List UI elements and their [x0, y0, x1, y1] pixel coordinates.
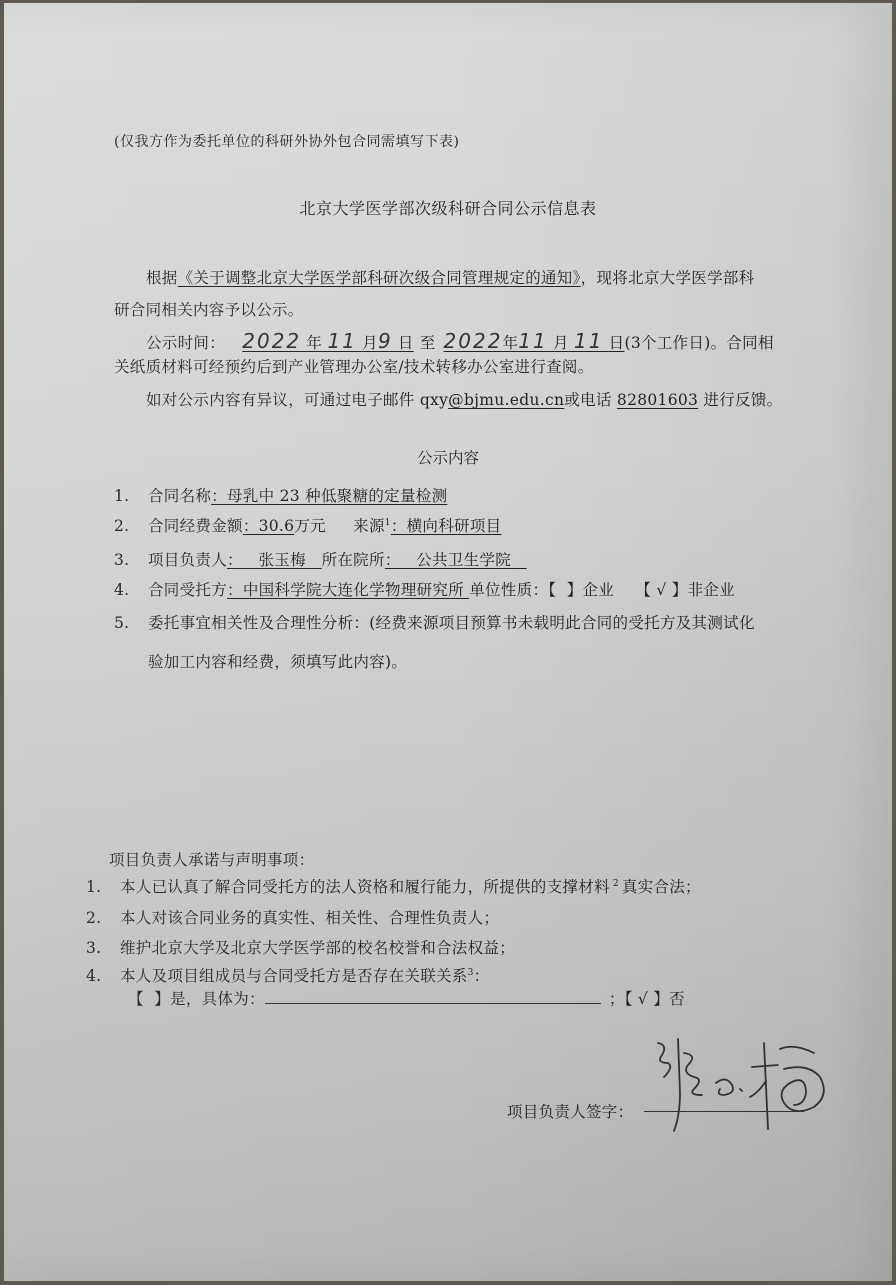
item-contract-amount: 2.合同经费金额：30.6万元 来源1：横向科研项目 [114, 514, 501, 536]
option-enterprise[interactable]: 【 】企业 [548, 581, 614, 599]
notice-title: 《关于调整北京大学医学部科研次级合同管理规定的通知》 [178, 269, 581, 287]
period-line-2: 关纸质材料可经预约后到产业管理办公室/技术转移办公室进行查阅。 [114, 355, 594, 377]
feedback-email[interactable]: @bjmu.edu.cn [448, 391, 564, 409]
commitment-4: 4.本人及项目组成员与合同受托方是否存在关联关系3： [86, 964, 489, 986]
amount-value: ：30.6 [243, 517, 295, 535]
commitment-1: 1.本人已认真了解合同受托方的法人资格和履行能力，所提供的支撑材料2真实合法； [86, 875, 701, 897]
document-page: (仅我方作为委托单位的科研外协外包合同需填写下表) 北京大学医学部次级科研合同公… [4, 3, 892, 1281]
header-note: (仅我方作为委托单位的科研外协外包合同需填写下表) [114, 131, 459, 151]
feedback-line: 如对公示内容有异议，可通过电子邮件 qxy@bjmu.edu.cn或电话 828… [146, 388, 782, 410]
option-relation-no[interactable]: ；【 √ 】否 [609, 990, 685, 1008]
intro-line-2: 研合同相关内容予以公示。 [114, 298, 304, 320]
publicity-period: 公示时间： 2022 年 11 月9 日至2022年11 月 11 日(3个工作… [146, 329, 774, 353]
pi-value: ： 张玉梅 [227, 551, 322, 569]
content-title: 公示内容 [4, 446, 892, 468]
page-title: 北京大学医学部次级科研合同公示信息表 [4, 196, 892, 219]
option-non-enterprise[interactable]: 【 √ 】非企业 [635, 581, 735, 599]
period-end: 2022年11 月 11 日 [436, 334, 625, 352]
signature-label: 项目负责人签字： [507, 1100, 633, 1122]
item-trustee: 4.合同受托方：中国科学院大连化学物理研究所 单位性质：【 】企业 【 √ 】非… [114, 578, 735, 600]
relation-options: 【 】是，具体为：；【 √ 】否 [128, 987, 685, 1009]
commitment-3: 3.维护北京大学及北京大学医学部的校名校誉和合法权益； [86, 936, 515, 958]
dept-value: ： 公共卫生学院 [385, 551, 527, 569]
trustee-value: ：中国科学院大连化学物理研究所 [227, 581, 469, 599]
item-pi: 3.项目负责人： 张玉梅 所在院所： 公共卫生学院 [114, 548, 527, 570]
contract-name-value: ：母乳中 23 种低聚糖的定量检测 [211, 487, 447, 505]
commitment-2: 2.本人对该合同业务的真实性、相关性、合理性负责人； [86, 906, 499, 928]
handwritten-signature [644, 1033, 854, 1133]
period-start: 2022 年 11 月9 日 [230, 334, 419, 352]
item-analysis: 5.委托事宜相关性及合理性分析：(经费来源项目预算书未载明此合同的受托方及其测试… [114, 611, 755, 633]
feedback-phone: 82801603 [617, 391, 698, 409]
item-analysis-line-2: 验加工内容和经费，须填写此内容)。 [148, 650, 407, 672]
intro-line-1: 根据《关于调整北京大学医学部科研次级合同管理规定的通知》，现将北京大学医学部科 [146, 266, 754, 288]
relation-detail-field[interactable] [265, 987, 601, 1004]
source-value: ：横向科研项目 [391, 517, 502, 535]
option-relation-yes[interactable]: 【 】是，具体为： [128, 990, 265, 1008]
commitments-title: 项目负责人承诺与声明事项： [109, 848, 314, 870]
item-contract-name: 1.合同名称：母乳中 23 种低聚糖的定量检测 [114, 484, 447, 506]
